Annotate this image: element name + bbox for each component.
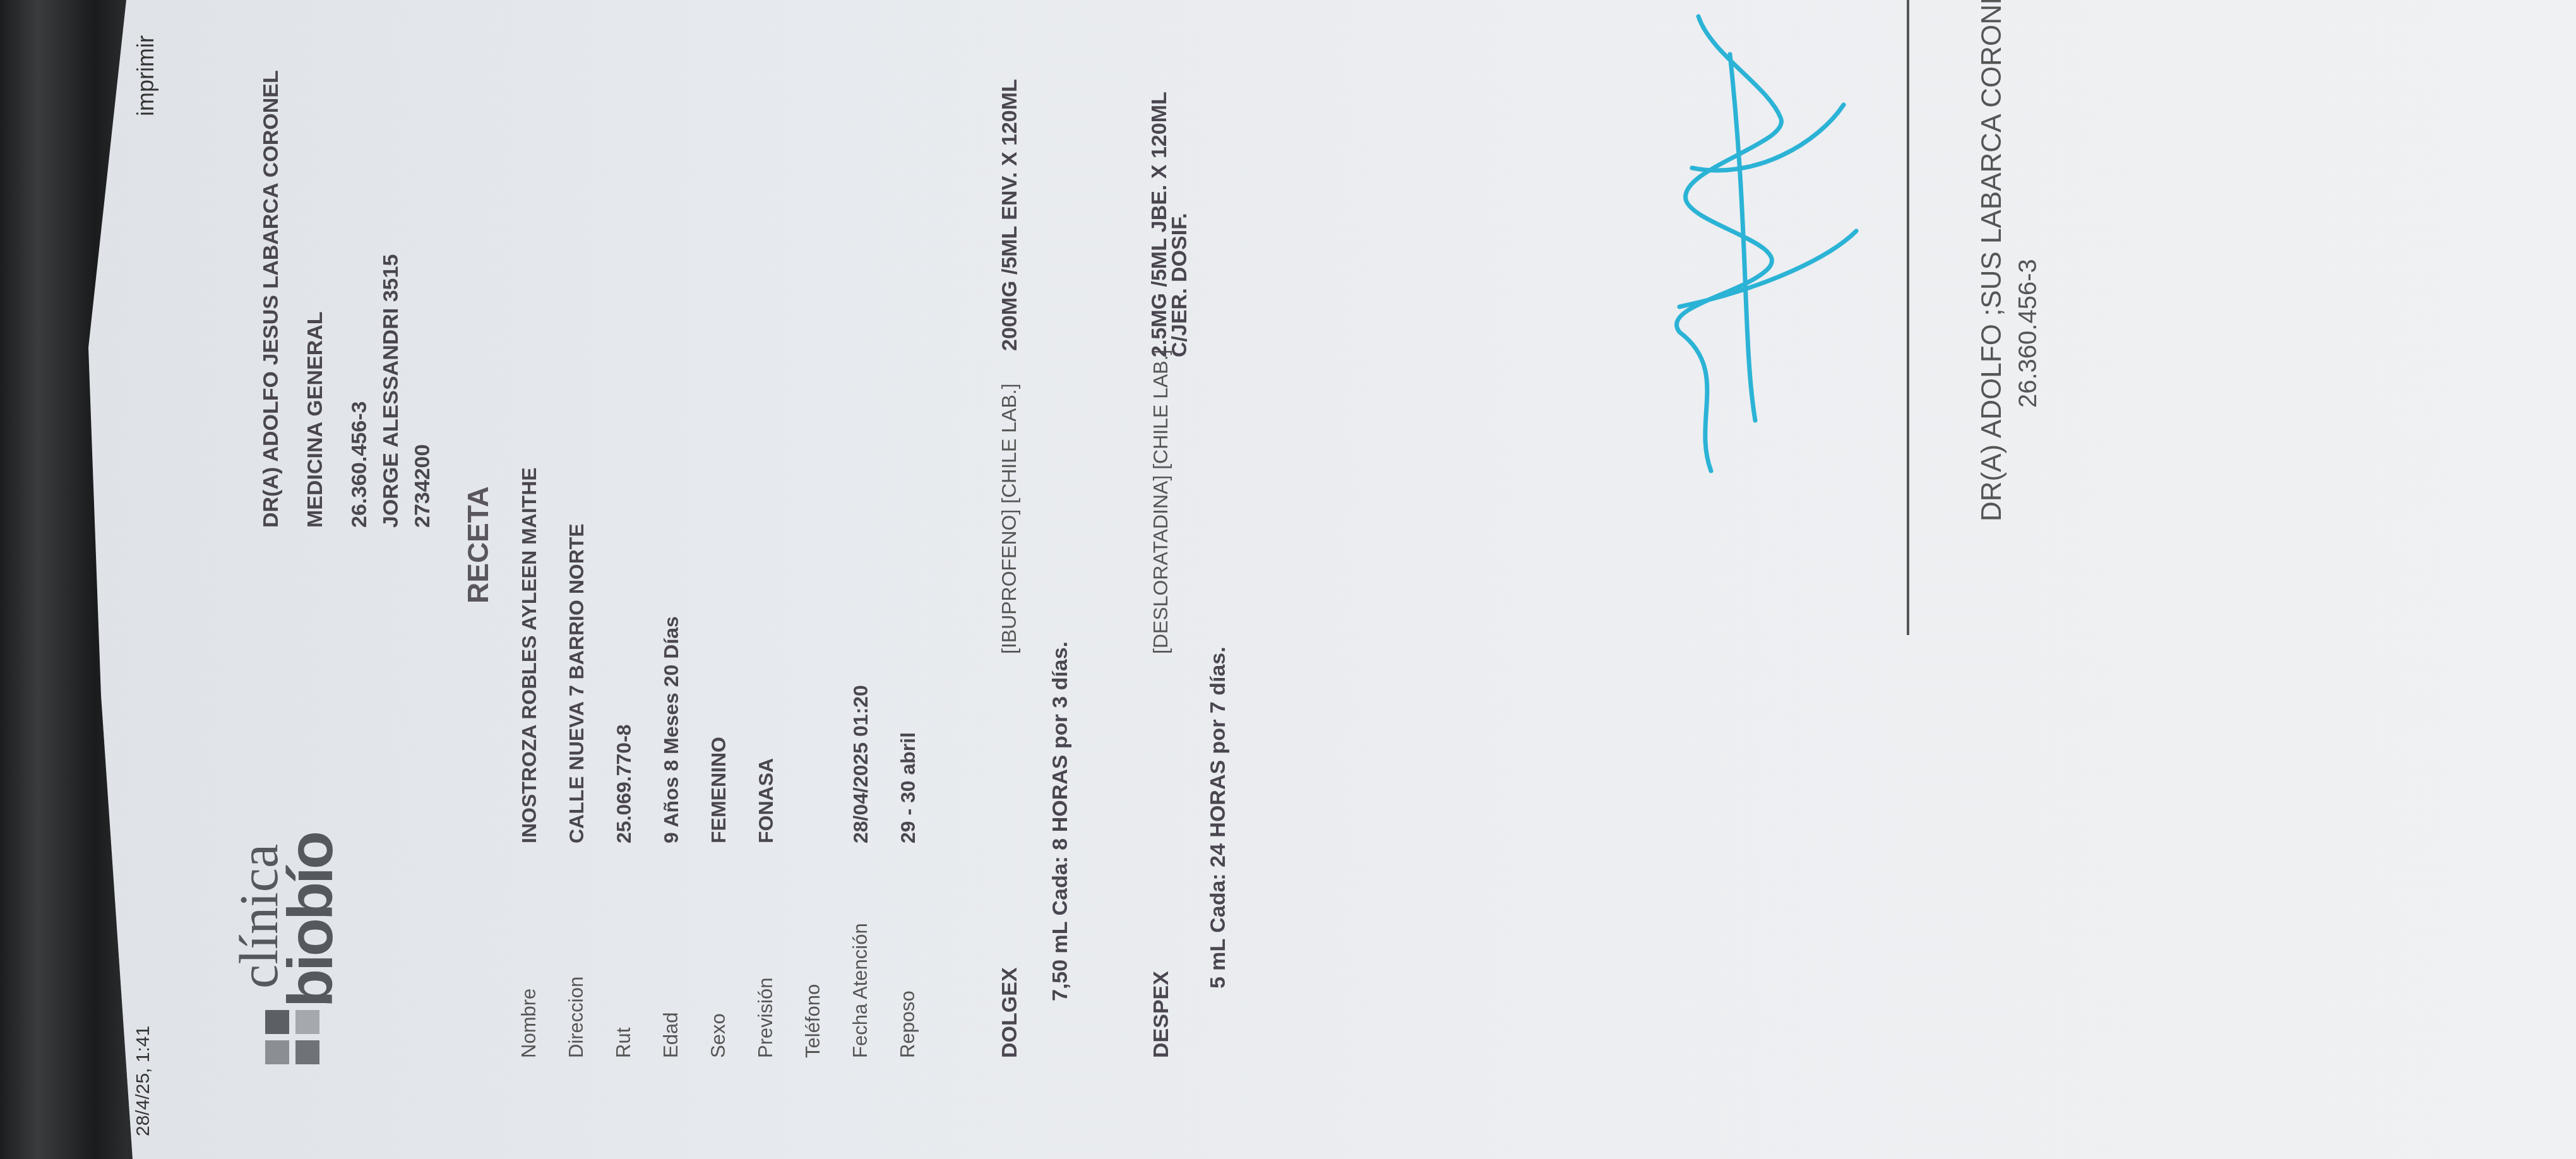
prescription-page: 28/4/25, 1:41 imprimir clínica biobío DR… (189, 0, 2525, 1159)
patient-label: Reposo (897, 990, 919, 1058)
patient-value: CALLE NUEVA 7 BARRIO NORTE (565, 523, 588, 843)
doctor-address: JORGE ALESSANDRI 3515 (379, 254, 403, 528)
patient-label: Teléfono (802, 984, 825, 1058)
drug-dosage: 7,50 mL Cada: 8 HORAS por 3 días. (1048, 641, 1073, 1001)
drug-generic: [DESLORATADINA] [CHILE LAB.] (1149, 350, 1172, 655)
doctor-rut: 26.360.456-3 (347, 401, 372, 528)
patient-value: FEMENINO (707, 737, 730, 843)
signature-line (1907, 0, 1909, 635)
print-date: 28/4/25, 1:41 (133, 1026, 154, 1136)
drug-generic: [IBUPROFENO] [CHILE LAB.] (998, 383, 1021, 654)
signature-rut: 26.360.456-3 (2014, 259, 2042, 408)
drug-dosage: 5 mL Cada: 24 HORAS por 7 días. (1206, 646, 1231, 989)
logo-text-biobio: biobío (275, 833, 347, 1007)
patient-label: Sexo (707, 1013, 730, 1058)
drug-presentation: 200MG /5ML ENV. X 120ML (998, 79, 1022, 351)
patient-value: 25.069.770-8 (612, 724, 636, 843)
patient-value: 9 Años 8 Meses 20 Días (660, 616, 683, 843)
patient-value: 28/04/2025 01:20 (849, 685, 873, 843)
print-label: imprimir (133, 35, 159, 116)
logo-square-icon (295, 1040, 319, 1064)
patient-label: Fecha Atención (849, 923, 872, 1058)
patient-value: 29 - 30 abril (897, 732, 920, 843)
patient-label: Direccion (565, 977, 588, 1058)
patient-label: Previsión (754, 978, 777, 1059)
logo-square-icon (265, 1040, 289, 1064)
drug-brand: DESPEX (1149, 971, 1174, 1058)
doctor-name: DR(A) ADOLFO JESUS LABARCA CORONEL (259, 70, 283, 528)
patient-value: FONASA (754, 758, 778, 843)
signature-scribble-icon (1654, 0, 1881, 496)
patient-label: Edad (660, 1013, 683, 1058)
logo-square-icon (295, 1010, 319, 1034)
patient-value: INOSTROZA ROBLES AYLEEN MAITHE (518, 467, 541, 843)
logo-square-icon (265, 1010, 289, 1034)
patient-label: Nombre (518, 989, 540, 1058)
doctor-phone: 2734200 (410, 444, 435, 528)
doctor-specialty: MEDICINA GENERAL (303, 311, 328, 528)
signature-name: DR(A) ADOLFO ;SUS LABARCA CORONEL (1976, 0, 2008, 521)
document-title: RECETA (461, 486, 495, 603)
drug-presentation: 2.5MG /5ML JBE. X 120ML C/JER. DOSIF. (1149, 54, 1190, 357)
drug-brand: DOLGEX (998, 967, 1022, 1058)
patient-label: Rut (612, 1028, 635, 1058)
